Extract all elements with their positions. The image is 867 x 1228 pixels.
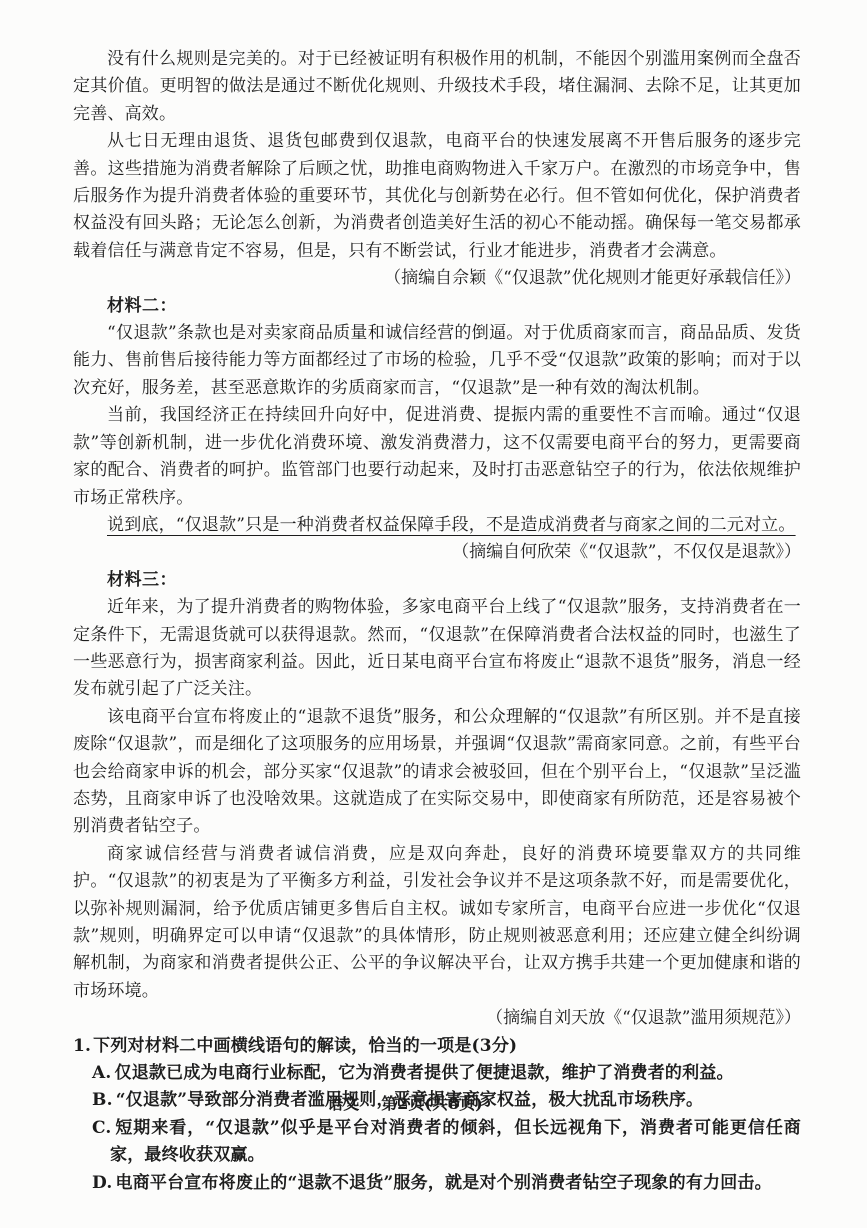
option-d-label: D. — [92, 1173, 115, 1193]
option-c-text: 短期来看，“仅退款”似乎是平台对消费者的倾斜，但长远视角下，消费者可能更信任商家… — [110, 1118, 801, 1165]
material2-source-attribution: （摘编自何欣荣《“仅退款”，不仅仅是退款》） — [73, 539, 801, 566]
question-1-stem: 1.下列对材料二中画横线语句的解读，恰当的一项是(3分) — [73, 1033, 801, 1060]
page-footer: 语文第2页(共8页) — [0, 1092, 810, 1116]
option-c-label: C. — [92, 1118, 115, 1138]
exam-paper-page: 没有什么规则是完美的。对于已经被证明有积极作用的机制，不能因个别滥用案例而全盘否… — [0, 0, 867, 1228]
material2-heading: 材料二： — [73, 293, 801, 320]
question-1-stem-text: 下列对材料二中画横线语句的解读，恰当的一项是(3分) — [93, 1036, 517, 1056]
material3-source-attribution: （摘编自刘天放《“仅退款”滥用须规范》） — [73, 1005, 801, 1032]
material2-paragraph-1: “仅退款”条款也是对卖家商品质量和诚信经营的倒逼。对于优质商家而言，商品品质、发… — [73, 320, 801, 402]
material2-paragraph-2: 当前，我国经济正在持续回升向好中，促进消费、提振内需的重要性不言而喻。通过“仅退… — [73, 402, 801, 512]
option-a-label: A. — [92, 1063, 115, 1083]
option-d-text: 电商平台宣布将废止的“退款不退货”服务，就是对个别消费者钻空子现象的有力回击。 — [115, 1173, 771, 1193]
material1-paragraph-2: 从七日无理由退货、退货包邮费到仅退款，电商平台的快速发展离不开售后服务的逐步完善… — [73, 128, 801, 265]
material2-underlined-sentence: 说到底，“仅退款”只是一种消费者权益保障手段，不是造成消费者与商家之间的二元对立… — [73, 512, 801, 539]
material3-paragraph-2: 该电商平台宣布将废止的“退款不退货”服务，和公众理解的“仅退款”有所区别。并不是… — [73, 704, 801, 841]
footer-subject-label: 语文 — [327, 1094, 359, 1113]
material1-source-attribution: （摘编自佘颖《“仅退款”优化规则才能更好承载信任》） — [73, 265, 801, 292]
page-content: 没有什么规则是完美的。对于已经被证明有积极作用的机制，不能因个别滥用案例而全盘否… — [73, 46, 801, 1197]
question-1-number: 1. — [73, 1036, 93, 1056]
material3-paragraph-3: 商家诚信经营与消费者诚信消费，应是双向奔赴，良好的消费环境要靠双方的共同维护。“… — [73, 841, 801, 1005]
question-1-option-c: C.短期来看，“仅退款”似乎是平台对消费者的倾斜，但长远视角下，消费者可能更信任… — [73, 1115, 801, 1170]
material3-heading: 材料三： — [73, 567, 801, 594]
material3-paragraph-1: 近年来，为了提升消费者的购物体验，多家电商平台上线了“仅退款”服务，支持消费者在… — [73, 594, 801, 704]
option-a-text: 仅退款已成为电商行业标配，它为消费者提供了便捷退款，维护了消费者的利益。 — [115, 1063, 734, 1083]
footer-page-number: 第2页(共8页) — [381, 1094, 482, 1113]
material1-paragraph-1: 没有什么规则是完美的。对于已经被证明有积极作用的机制，不能因个别滥用案例而全盘否… — [73, 46, 801, 128]
question-1-option-d: D.电商平台宣布将废止的“退款不退货”服务，就是对个别消费者钻空子现象的有力回击… — [73, 1170, 801, 1197]
question-1-option-a: A.仅退款已成为电商行业标配，它为消费者提供了便捷退款，维护了消费者的利益。 — [73, 1060, 801, 1087]
